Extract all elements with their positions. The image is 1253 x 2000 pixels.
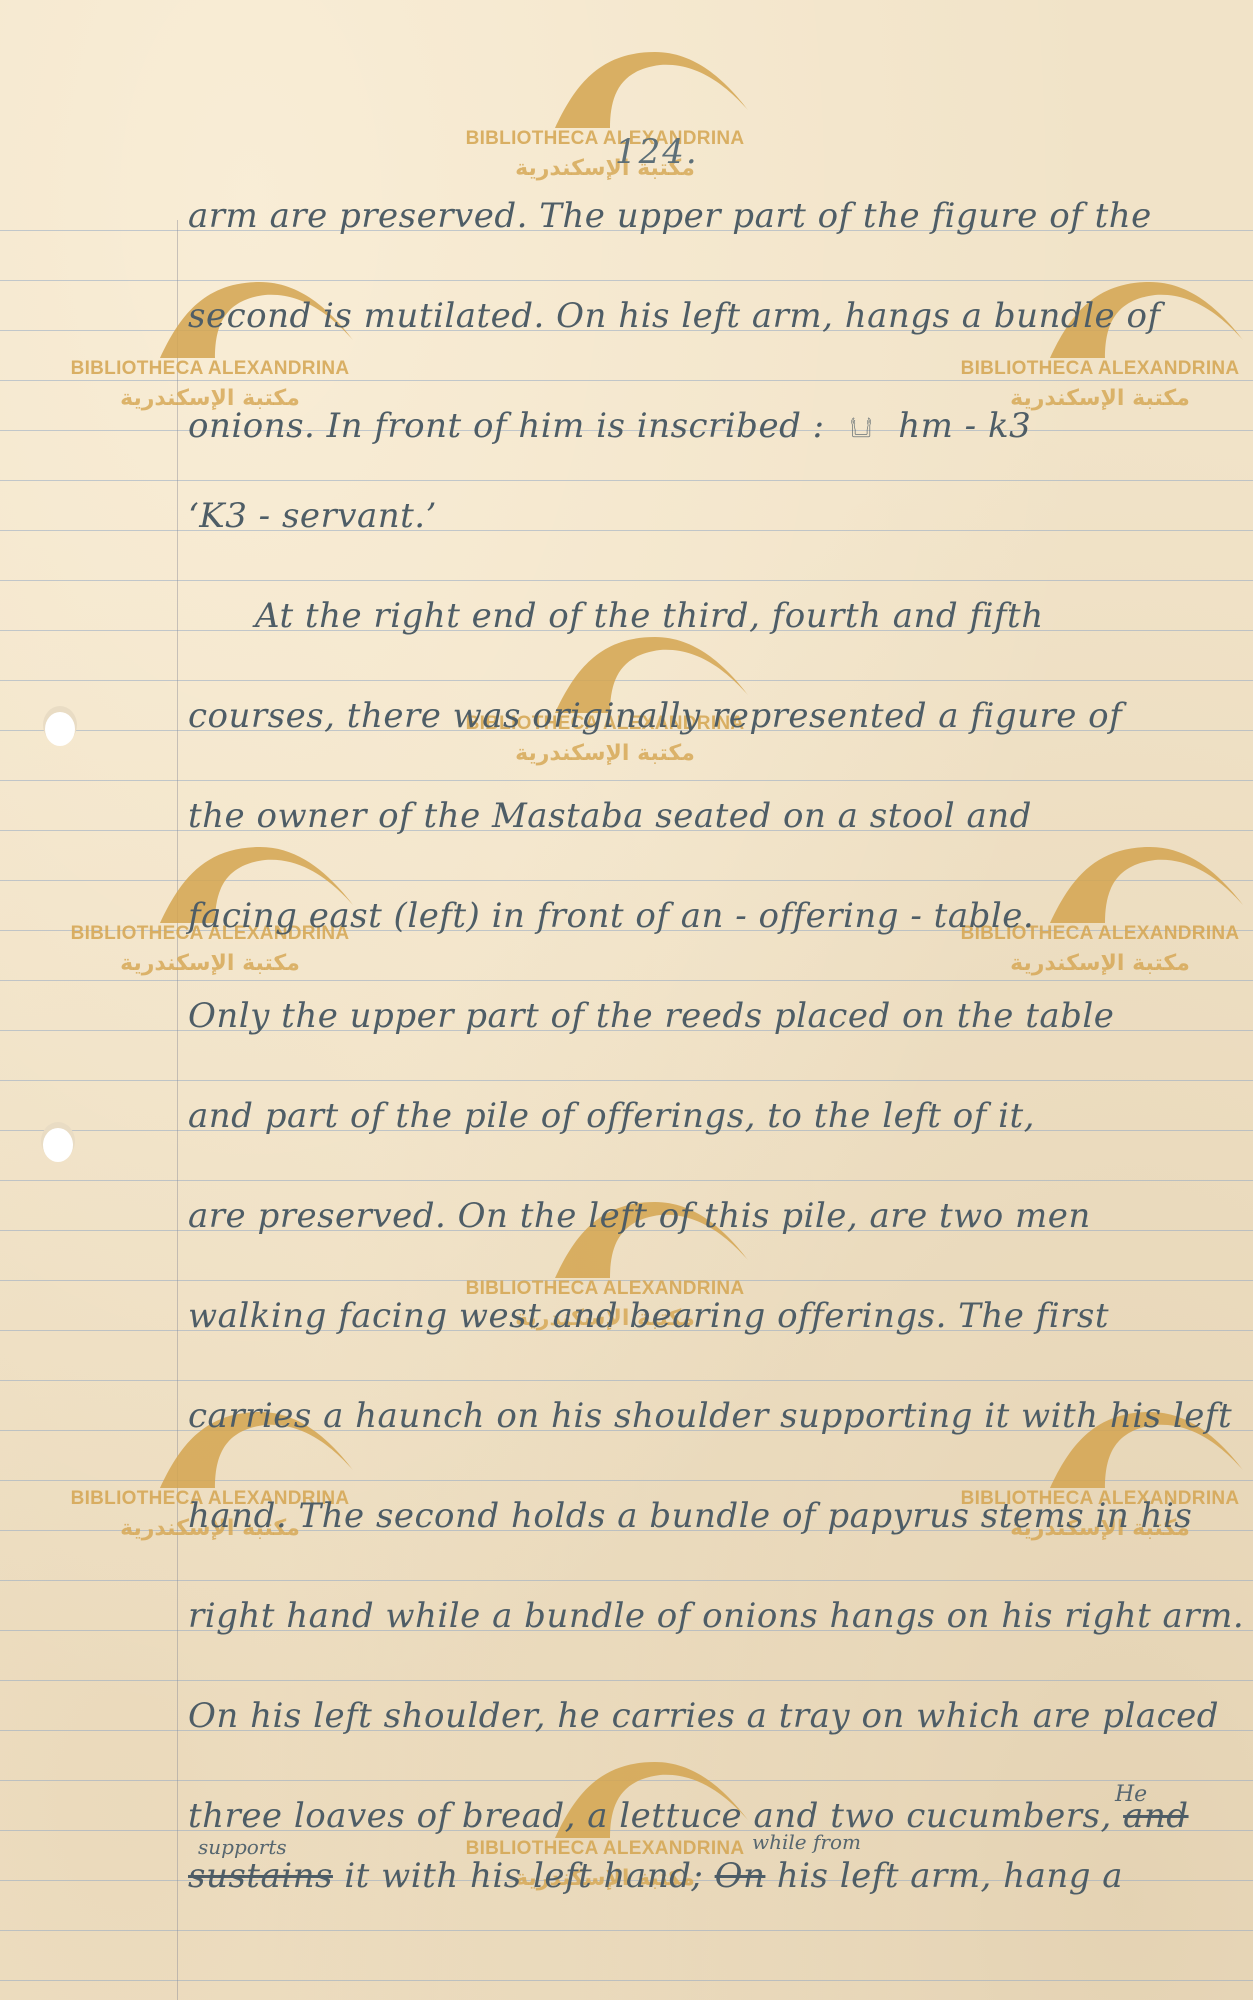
ruled-line <box>0 480 1253 481</box>
text-line-7: the owner of the Mastaba seated on a sto… <box>188 796 1032 836</box>
punch-hole-top <box>45 712 75 746</box>
text-line-14: hand. The second holds a bundle of papyr… <box>188 1496 1192 1536</box>
text-line-1: arm are preserved. The upper part of the… <box>188 196 1152 236</box>
page-number: 124. <box>615 132 699 172</box>
ruled-line <box>0 1930 1253 1931</box>
text-line-5: At the right end of the third, fourth an… <box>255 596 1044 636</box>
margin-line <box>177 220 178 2000</box>
text-line-3-before: onions. In front of him is inscribed : <box>188 406 825 446</box>
ruled-line <box>0 980 1253 981</box>
text-line-9: Only the upper part of the reeds placed … <box>188 996 1114 1036</box>
watermark-text-en: BIBLIOTHECA ALEXANDRINA <box>460 128 750 150</box>
text-line-12: walking facing west and bearing offering… <box>188 1296 1109 1336</box>
text-line-10: and part of the pile of offerings, to th… <box>188 1096 1035 1136</box>
text-line-18: sustains it with his left hand; On his l… <box>188 1856 1123 1896</box>
text-line-18-end: his left arm, hang a <box>765 1856 1123 1896</box>
ruled-line <box>0 580 1253 581</box>
ruled-line <box>0 1980 1253 1981</box>
ruled-line <box>0 880 1253 881</box>
watermark-text-en: BIBLIOTHECA ALEXANDRINA <box>955 358 1245 380</box>
arch-logo-icon <box>460 40 750 140</box>
ruled-line <box>0 1480 1253 1481</box>
watermark-text-en: BIBLIOTHECA ALEXANDRINA <box>65 358 355 380</box>
ruled-line <box>0 1280 1253 1281</box>
text-line-4: ‘K3 - servant.’ <box>188 496 437 536</box>
ruled-line <box>0 1180 1253 1181</box>
ruled-line <box>0 780 1253 781</box>
ruled-line <box>0 1080 1253 1081</box>
text-line-13: carries a haunch on his shoulder support… <box>188 1396 1232 1436</box>
watermark-logo: BIBLIOTHECA ALEXANDRINAمكتبة الإسكندرية <box>460 40 750 210</box>
text-line-18-mid: it with his left hand; <box>333 1856 703 1896</box>
ruled-line <box>0 1380 1253 1381</box>
transliteration: hm - k3 <box>898 406 1031 446</box>
struck-word-on: On <box>715 1856 766 1896</box>
punch-hole-bottom <box>43 1128 73 1162</box>
insertion-while-from: while from <box>752 1830 861 1854</box>
text-line-6: courses, there was originally represente… <box>188 696 1122 736</box>
text-line-8: facing east (left) in front of an - offe… <box>188 896 1034 936</box>
watermark-text-ar: مكتبة الإسكندرية <box>65 951 355 976</box>
manuscript-page: BIBLIOTHECA ALEXANDRINAمكتبة الإسكندريةB… <box>0 0 1253 2000</box>
ruled-line <box>0 380 1253 381</box>
text-line-11: are preserved. On the left of this pile,… <box>188 1196 1091 1236</box>
text-line-3: onions. In front of him is inscribed : 𓂓… <box>188 396 1031 448</box>
ruled-line <box>0 680 1253 681</box>
watermark-text-ar: مكتبة الإسكندرية <box>460 156 750 181</box>
ruled-line <box>0 280 1253 281</box>
text-line-16: On his left shoulder, he carries a tray … <box>188 1696 1219 1736</box>
watermark-text-ar: مكتبة الإسكندرية <box>955 951 1245 976</box>
ruled-line <box>0 1580 1253 1581</box>
struck-word-sustains: sustains <box>188 1856 333 1896</box>
ruled-line <box>0 1780 1253 1781</box>
text-line-17: three loaves of bread, a lettuce and two… <box>188 1796 1189 1836</box>
text-line-17-main: three loaves of bread, a lettuce and two… <box>188 1796 1112 1836</box>
hieroglyph-icon: 𓂓 <box>850 396 873 448</box>
ruled-line <box>0 1680 1253 1681</box>
watermark-text-ar: مكتبة الإسكندرية <box>460 741 750 766</box>
insertion-he: He <box>1115 1782 1147 1807</box>
text-line-2: second is mutilated. On his left arm, ha… <box>188 296 1161 336</box>
text-line-15: right hand while a bundle of onions hang… <box>188 1596 1244 1636</box>
